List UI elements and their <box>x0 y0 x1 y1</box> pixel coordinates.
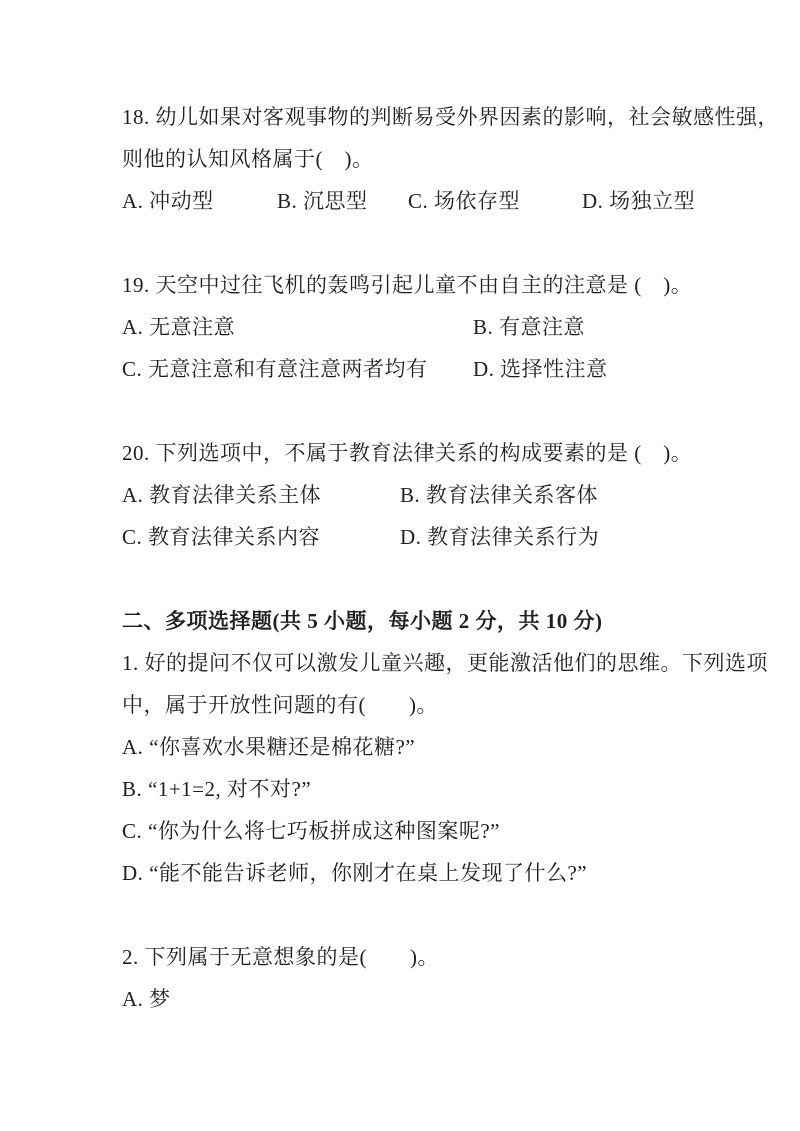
question-18-options-row: A. 冲动型 B. 沉思型 C. 场依存型 D. 场独立型 <box>122 180 750 222</box>
question-19-option-a: A. 无意注意 <box>122 306 473 348</box>
mc-question-1-option-c: C. “你为什么将七巧板拼成这种图案呢?” <box>122 810 750 852</box>
question-18-text-line-2: 则他的认知风格属于( )。 <box>122 138 750 180</box>
exam-document-body: { "page": { "background": "#ffffff", "te… <box>0 0 800 1131</box>
question-18-option-c: C. 场依存型 <box>408 180 582 222</box>
mc-question-1: 1. 好的提问不仅可以激发儿童兴趣，更能激活他们的思维。下列选项 中，属于开放性… <box>122 642 750 894</box>
mc-question-1-text-line-1: 1. 好的提问不仅可以激发儿童兴趣，更能激活他们的思维。下列选项 <box>122 642 750 684</box>
question-18-option-d: D. 场独立型 <box>582 180 750 222</box>
question-20-option-d: D. 教育法律关系行为 <box>400 516 750 558</box>
question-18-text-line-1: 18. 幼儿如果对客观事物的判断易受外界因素的影响，社会敏感性强， <box>122 96 750 138</box>
mc-question-2-option-a: A. 梦 <box>122 978 750 1020</box>
question-20-option-b: B. 教育法律关系客体 <box>400 474 750 516</box>
question-19-option-b: B. 有意注意 <box>473 306 750 348</box>
mc-question-1-option-d: D. “能不能告诉老师，你刚才在桌上发现了什么?” <box>122 852 750 894</box>
question-19-text: 19. 天空中过往飞机的轰鸣引起儿童不由自主的注意是 ( )。 <box>122 264 750 306</box>
mc-question-1-text-line-2: 中，属于开放性问题的有( )。 <box>122 684 750 726</box>
question-20-options-row-2: C. 教育法律关系内容 D. 教育法律关系行为 <box>122 516 750 558</box>
question-20-options-row-1: A. 教育法律关系主体 B. 教育法律关系客体 <box>122 474 750 516</box>
mc-question-1-option-a: A. “你喜欢水果糖还是棉花糖?” <box>122 726 750 768</box>
mc-question-2-text: 2. 下列属于无意想象的是( )。 <box>122 936 750 978</box>
question-20: 20. 下列选项中，不属于教育法律关系的构成要素的是 ( )。 A. 教育法律关… <box>122 432 750 558</box>
mc-question-1-option-b: B. “1+1=2, 对不对?” <box>122 768 750 810</box>
mc-question-2: 2. 下列属于无意想象的是( )。 A. 梦 <box>122 936 750 1020</box>
question-18: 18. 幼儿如果对客观事物的判断易受外界因素的影响，社会敏感性强， 则他的认知风… <box>122 96 750 222</box>
question-19-options-row-2: C. 无意注意和有意注意两者均有 D. 选择性注意 <box>122 348 750 390</box>
question-20-text: 20. 下列选项中，不属于教育法律关系的构成要素的是 ( )。 <box>122 432 750 474</box>
question-19-options-row-1: A. 无意注意 B. 有意注意 <box>122 306 750 348</box>
question-19-option-c: C. 无意注意和有意注意两者均有 <box>122 348 473 390</box>
question-20-option-c: C. 教育法律关系内容 <box>122 516 400 558</box>
question-19: 19. 天空中过往飞机的轰鸣引起儿童不由自主的注意是 ( )。 A. 无意注意 … <box>122 264 750 390</box>
section-2-heading: 二、多项选择题(共 5 小题，每小题 2 分，共 10 分) <box>122 600 750 642</box>
exam-page: 18. 幼儿如果对客观事物的判断易受外界因素的影响，社会敏感性强， 则他的认知风… <box>0 0 800 1131</box>
question-18-option-b: B. 沉思型 <box>277 180 408 222</box>
section-2: 二、多项选择题(共 5 小题，每小题 2 分，共 10 分) <box>122 600 750 642</box>
question-18-option-a: A. 冲动型 <box>122 180 277 222</box>
question-19-option-d: D. 选择性注意 <box>473 348 750 390</box>
question-20-option-a: A. 教育法律关系主体 <box>122 474 400 516</box>
